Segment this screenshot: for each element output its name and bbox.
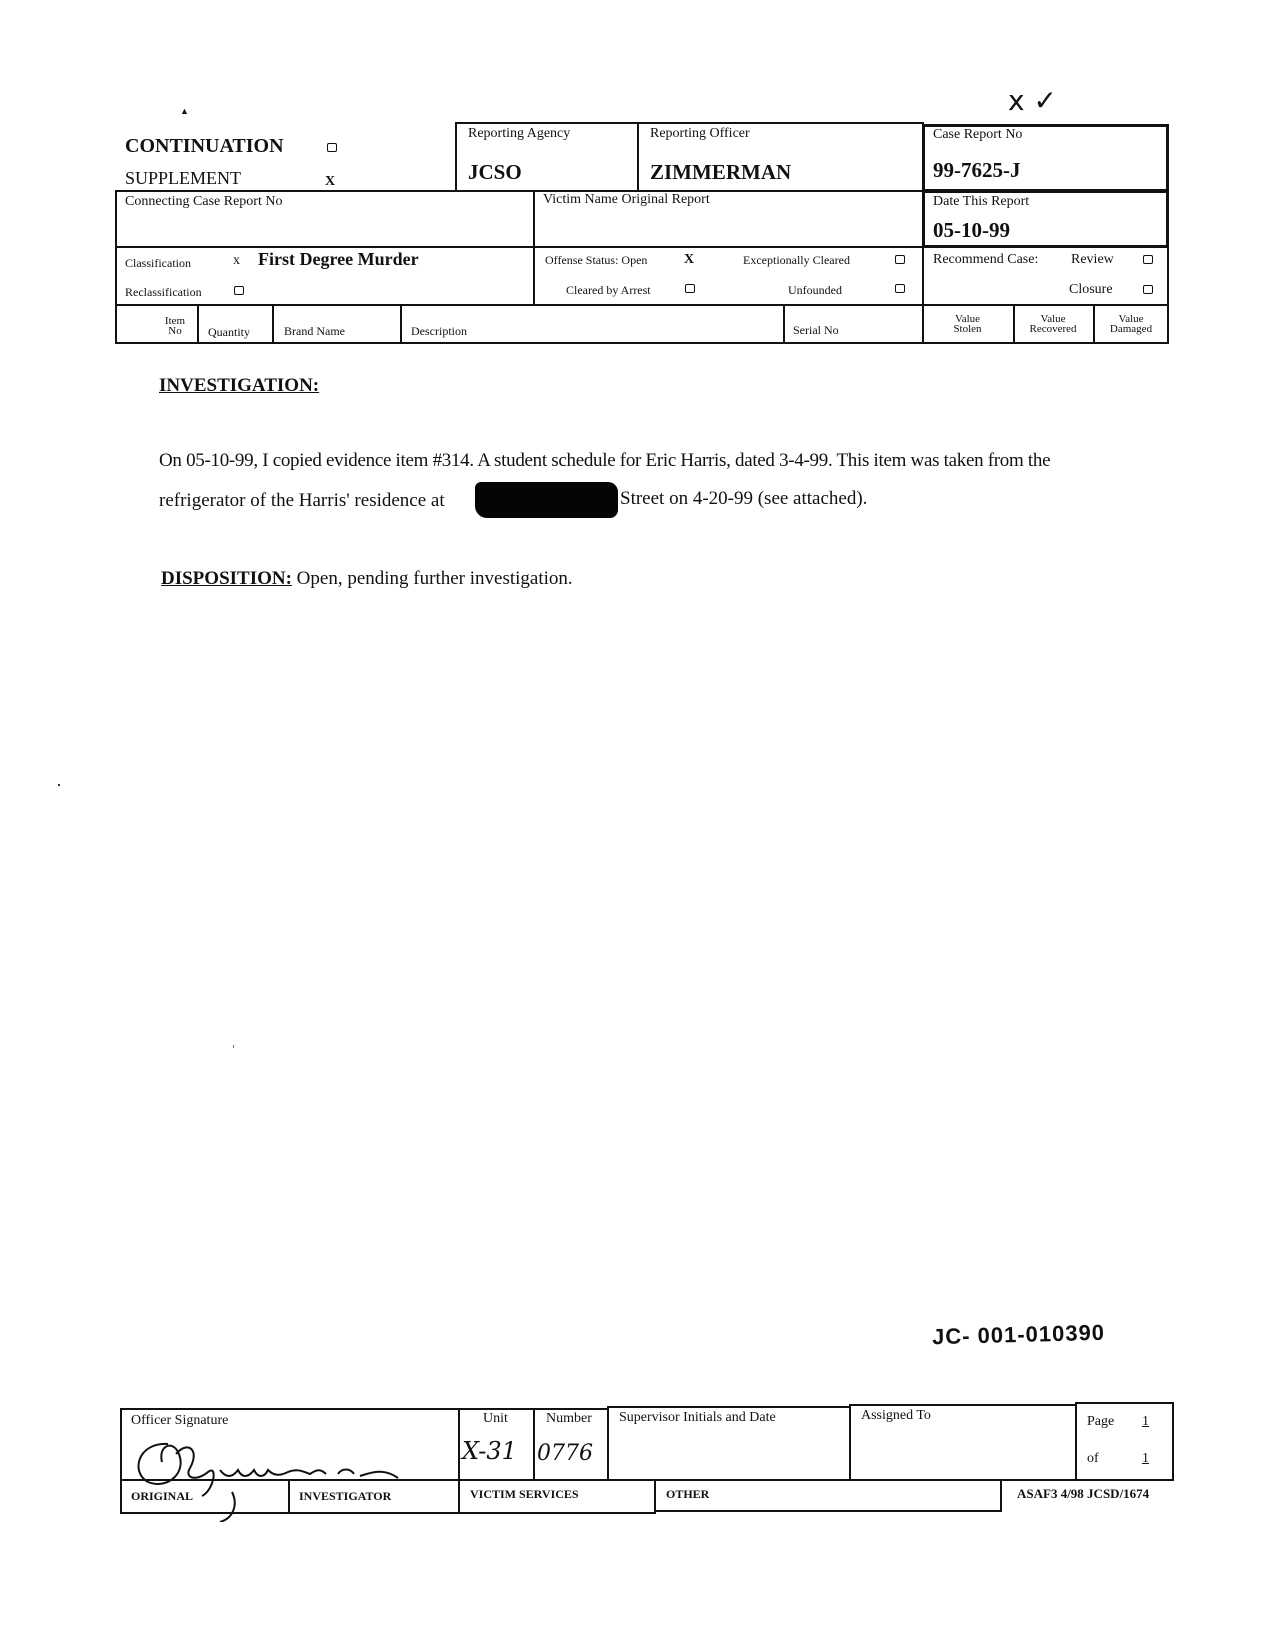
copy-original: ORIGINAL bbox=[131, 1489, 193, 1504]
scan-speck bbox=[58, 784, 60, 786]
reclassification-label: Reclassification bbox=[125, 285, 202, 300]
column-value-damaged: ValueDamaged bbox=[1093, 314, 1169, 334]
victim-name-label: Victim Name Original Report bbox=[543, 192, 710, 208]
column-item-no: ItemNo bbox=[160, 316, 190, 336]
classification-value: First Degree Murder bbox=[258, 249, 419, 270]
copy-other: OTHER bbox=[666, 1487, 709, 1502]
top-left-mark: ▲ bbox=[180, 106, 189, 116]
date-this-report-label: Date This Report bbox=[933, 194, 1029, 210]
recommend-case-label: Recommend Case: bbox=[933, 252, 1038, 268]
case-report-no-value: 99-7625-J bbox=[933, 158, 1021, 183]
supplement-label: SUPPLEMENT bbox=[125, 168, 241, 189]
classification-label: Classification bbox=[125, 256, 191, 271]
cleared-by-arrest-label: Cleared by Arrest bbox=[566, 283, 651, 298]
review-checkbox[interactable] bbox=[1143, 255, 1153, 264]
classification-mark[interactable]: x bbox=[233, 253, 240, 269]
column-brand-name: Brand Name bbox=[284, 324, 345, 339]
assigned-to-label: Assigned To bbox=[861, 1408, 931, 1424]
cleared-by-arrest-checkbox[interactable] bbox=[685, 284, 695, 293]
handwritten-check-mark: x ✓ bbox=[1008, 84, 1057, 117]
page-label: Page bbox=[1087, 1414, 1114, 1430]
number-value: 0776 bbox=[537, 1441, 593, 1466]
supplement-mark[interactable]: X bbox=[325, 174, 335, 190]
reporting-agency-value: JCSO bbox=[468, 160, 522, 185]
supervisor-label: Supervisor Initials and Date bbox=[619, 1410, 776, 1426]
column-value-recovered: ValueRecovered bbox=[1013, 314, 1093, 334]
reporting-agency-label: Reporting Agency bbox=[468, 126, 570, 142]
reporting-officer-value: ZIMMERMAN bbox=[650, 160, 791, 185]
unit-value: X-31 bbox=[462, 1437, 517, 1465]
of-label: of bbox=[1087, 1451, 1099, 1467]
narrative-line-1: On 05-10-99, I copied evidence item #314… bbox=[159, 450, 1050, 472]
unfounded-checkbox[interactable] bbox=[895, 284, 905, 293]
case-report-no-label: Case Report No bbox=[933, 127, 1022, 143]
redacted-address bbox=[475, 482, 618, 518]
closure-checkbox[interactable] bbox=[1143, 285, 1153, 294]
number-label: Number bbox=[546, 1411, 592, 1427]
column-value-stolen: ValueStolen bbox=[922, 314, 1013, 334]
reclassification-checkbox[interactable] bbox=[234, 286, 244, 295]
column-serial-no: Serial No bbox=[793, 323, 839, 338]
officer-signature-label: Officer Signature bbox=[131, 1413, 228, 1429]
connecting-case-label: Connecting Case Report No bbox=[125, 194, 282, 210]
column-description: Description bbox=[411, 324, 467, 339]
disposition-heading: DISPOSITION: bbox=[161, 568, 292, 589]
offense-status-open-label: Offense Status: Open bbox=[545, 253, 647, 268]
scan-speck bbox=[233, 1045, 234, 1048]
date-this-report-value: 05-10-99 bbox=[933, 218, 1010, 243]
continuation-label: CONTINUATION bbox=[125, 135, 284, 158]
bates-stamp: JC- 001-010390 bbox=[932, 1320, 1106, 1351]
narrative-line-2-after: Street on 4-20-99 (see attached). bbox=[620, 488, 867, 510]
reporting-officer-label: Reporting Officer bbox=[650, 126, 750, 142]
closure-label: Closure bbox=[1069, 282, 1113, 298]
exceptionally-cleared-checkbox[interactable] bbox=[895, 255, 905, 264]
exceptionally-cleared-label: Exceptionally Cleared bbox=[743, 253, 850, 268]
copy-victim-services: VICTIM SERVICES bbox=[470, 1487, 579, 1502]
review-label: Review bbox=[1071, 252, 1114, 268]
offense-open-mark[interactable]: X bbox=[684, 252, 694, 268]
narrative-line-2-before: refrigerator of the Harris' residence at bbox=[159, 490, 445, 512]
page-value: 1 bbox=[1142, 1414, 1149, 1430]
continuation-checkbox[interactable] bbox=[327, 143, 337, 152]
form-code: ASAF3 4/98 JCSD/1674 bbox=[1017, 1486, 1149, 1502]
unfounded-label: Unfounded bbox=[788, 283, 842, 298]
column-quantity: Quantity bbox=[208, 325, 250, 340]
unit-label: Unit bbox=[483, 1411, 508, 1427]
copy-investigator: INVESTIGATOR bbox=[299, 1489, 391, 1504]
disposition-line: DISPOSITION: Open, pending further inves… bbox=[161, 568, 573, 590]
of-value: 1 bbox=[1142, 1451, 1149, 1467]
investigation-heading: INVESTIGATION: bbox=[159, 375, 319, 397]
disposition-text: Open, pending further investigation. bbox=[292, 568, 573, 589]
